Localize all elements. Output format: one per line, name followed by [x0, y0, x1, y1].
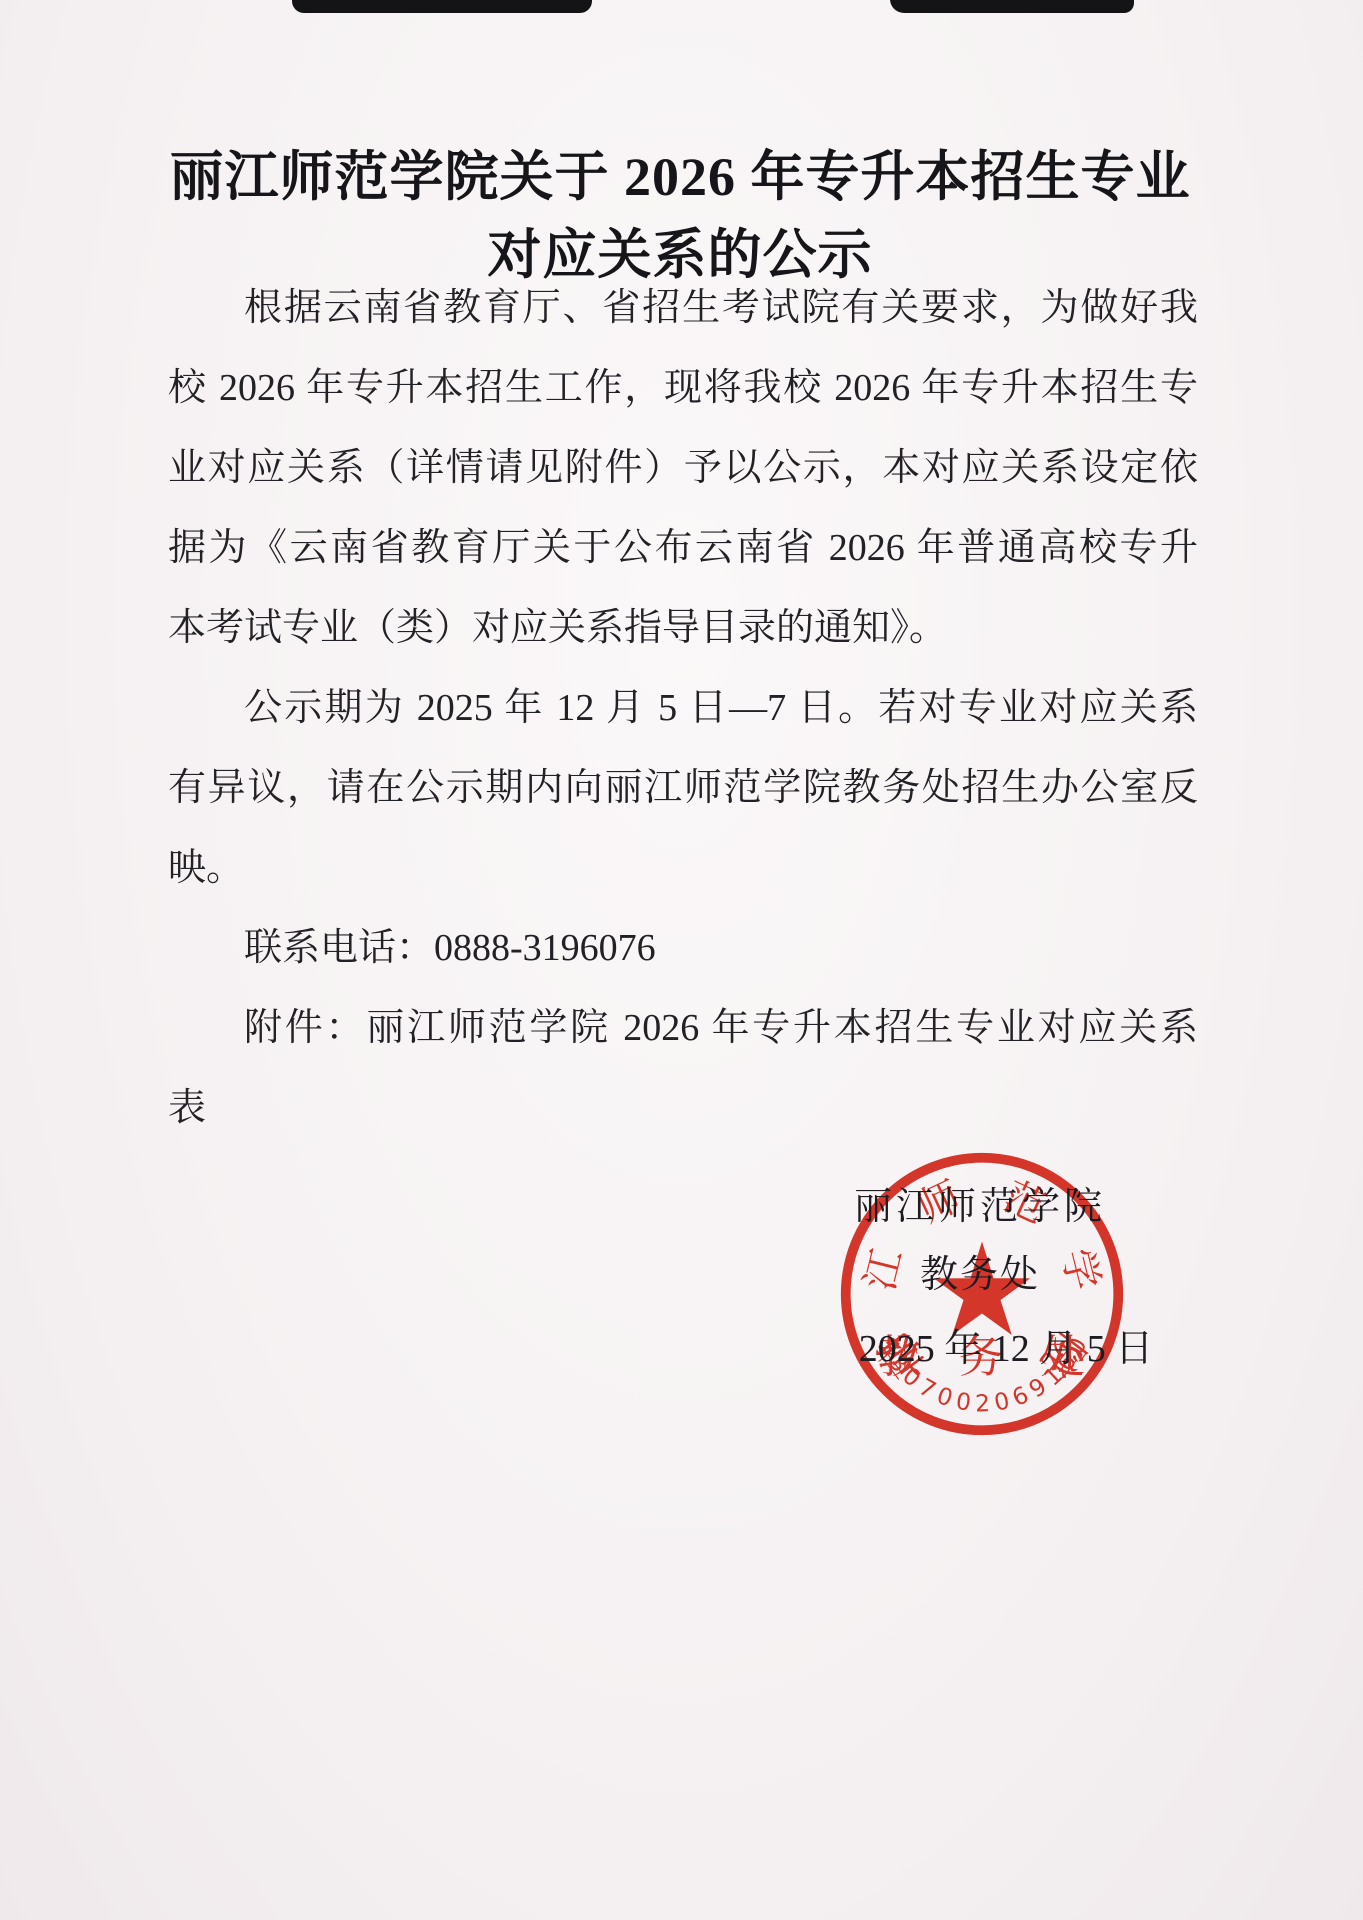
- attachment-line: 附件：丽江师范学院 2026 年专升本招生专业对应关系: [168, 988, 1198, 1068]
- body-line: 校 2026 年专升本招生工作，现将我校 2026 年专升本招生专: [168, 348, 1198, 428]
- scan-artifact-top-left: [292, 0, 592, 13]
- body-line: 业对应关系（详情请见附件）予以公示，本对应关系设定依: [168, 428, 1198, 508]
- signature-department: 教务处: [822, 1252, 1138, 1298]
- body-line: 据为《云南省教育厅关于公布云南省 2026 年普通高校专升: [168, 508, 1198, 588]
- contact-phone-line: 联系电话：0888-3196076: [168, 908, 1198, 988]
- signature-organization: 丽江师范学院: [822, 1184, 1138, 1230]
- document-body: 根据云南省教育厅、省招生考试院有关要求，为做好我 校 2026 年专升本招生工作…: [168, 268, 1198, 1148]
- signature-date: 2025 年 12 月 5 日: [806, 1326, 1206, 1372]
- attachment-line-continued: 表: [168, 1068, 1198, 1148]
- body-line: 公示期为 2025 年 12 月 5 日—7 日。若对专业对应关系: [168, 668, 1198, 748]
- document-title-line1: 丽江师范学院关于 2026 年专升本招生专业: [140, 138, 1220, 216]
- body-line: 映。: [168, 828, 1198, 908]
- scanned-document-page: 丽江师范学院关于 2026 年专升本招生专业 对应关系的公示 根据云南省教育厅、…: [0, 0, 1363, 1920]
- body-line: 根据云南省教育厅、省招生考试院有关要求，为做好我: [168, 268, 1198, 348]
- scan-artifact-top-right: [890, 0, 1134, 13]
- body-line: 本考试专业（类）对应关系指导目录的通知》。: [168, 588, 1198, 668]
- body-line: 有异议，请在公示期内向丽江师范学院教务处招生办公室反: [168, 748, 1198, 828]
